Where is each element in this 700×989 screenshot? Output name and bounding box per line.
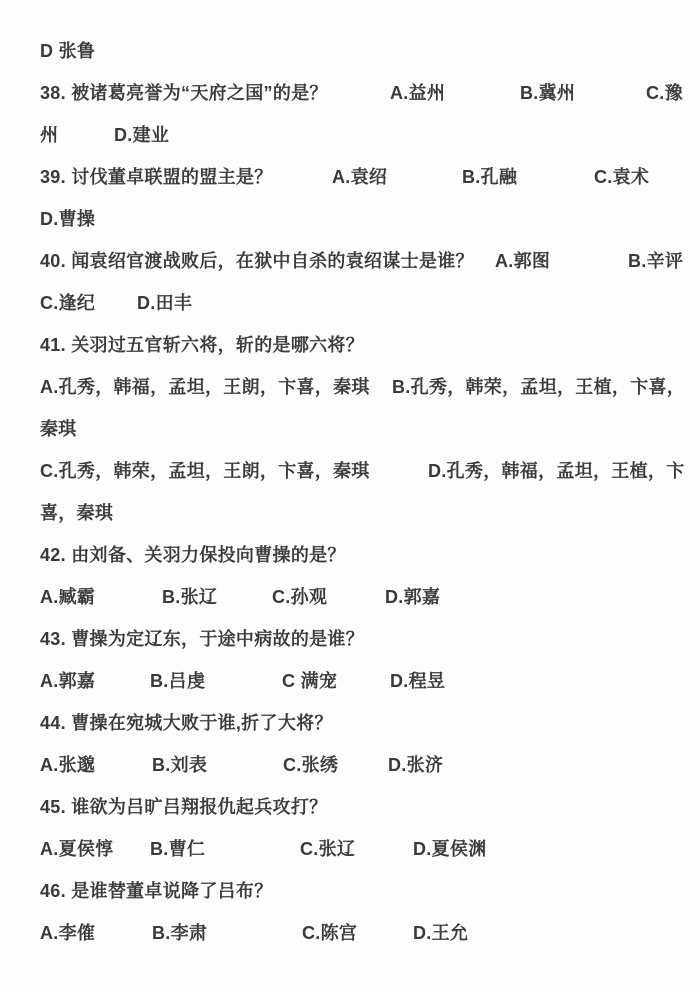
document-page: D 张鲁38. 被诸葛亮誉为“天府之国”的是？A.益州B.冀州C.豫州D.建业3… — [0, 0, 700, 989]
option-text: B.曹仁 — [150, 828, 205, 870]
text-fragment: 秦琪 — [40, 408, 77, 450]
option-text: C.袁术 — [594, 156, 649, 198]
text-line: C.逢纪D.田丰 — [40, 282, 700, 324]
option-text: C.孙观 — [272, 576, 327, 618]
option-text: D.田丰 — [137, 282, 192, 324]
option-text: B.冀州 — [520, 72, 575, 114]
option-text: C 满宠 — [282, 660, 337, 702]
option-text: C.陈宫 — [302, 912, 357, 954]
question-text: 40. 闻袁绍官渡战败后，在狱中自杀的袁绍谋士是谁？ — [40, 240, 474, 282]
option-text: C.孔秀，韩荣，孟坦，王朗，卞喜，秦琪 — [40, 450, 370, 492]
option-text: D 张鲁 — [40, 30, 95, 72]
option-text: C.张绣 — [283, 744, 338, 786]
text-line: D 张鲁 — [40, 30, 700, 72]
text-line: C.孔秀，韩荣，孟坦，王朗，卞喜，秦琪D.孔秀，韩福，孟坦，王植，卞 — [40, 450, 700, 492]
text-line: D.曹操 — [40, 198, 700, 240]
option-text: A.孔秀，韩福，孟坦，王朗，卞喜，秦琪 — [40, 366, 370, 408]
text-fragment: 州 — [40, 114, 58, 156]
text-line: 38. 被诸葛亮誉为“天府之国”的是？A.益州B.冀州C.豫 — [40, 72, 700, 114]
text-line: 42. 由刘备、关羽力保投向曹操的是？ — [40, 534, 700, 576]
text-line: 46. 是谁替董卓说降了吕布？ — [40, 870, 700, 912]
text-line: 43. 曹操为定辽东，于途中病故的是谁？ — [40, 618, 700, 660]
text-fragment: 喜，秦琪 — [40, 492, 113, 534]
text-line: 州D.建业 — [40, 114, 700, 156]
text-line: A.臧霸B.张辽C.孙观D.郭嘉 — [40, 576, 700, 618]
option-text: A.李傕 — [40, 912, 95, 954]
question-text: 41. 关羽过五官斩六将，斩的是哪六将？ — [40, 324, 364, 366]
option-text: D.夏侯渊 — [413, 828, 487, 870]
question-text: 39. 讨伐董卓联盟的盟主是？ — [40, 156, 273, 198]
text-line: 44. 曹操在宛城大败于谁,折了大将？ — [40, 702, 700, 744]
text-line: 秦琪 — [40, 408, 700, 450]
text-line: A.郭嘉B.吕虔C 满宠D.程昱 — [40, 660, 700, 702]
text-line: 45. 谁欲为吕旷吕翔报仇起兵攻打？ — [40, 786, 700, 828]
text-line: A.孔秀，韩福，孟坦，王朗，卞喜，秦琪B.孔秀，韩荣，孟坦，王植，卞喜， — [40, 366, 700, 408]
option-text: C.张辽 — [300, 828, 355, 870]
option-text: D.程昱 — [390, 660, 445, 702]
option-text: B.李肃 — [152, 912, 207, 954]
text-line: 41. 关羽过五官斩六将，斩的是哪六将？ — [40, 324, 700, 366]
option-text: C.逢纪 — [40, 282, 95, 324]
option-text: B.孔秀，韩荣，孟坦，王植，卞喜， — [392, 366, 685, 408]
option-text: A.益州 — [390, 72, 445, 114]
text-line: A.李傕B.李肃C.陈宫D.王允 — [40, 912, 700, 954]
text-line: 40. 闻袁绍官渡战败后，在狱中自杀的袁绍谋士是谁？A.郭图B.辛评 — [40, 240, 700, 282]
question-text: 46. 是谁替董卓说降了吕布？ — [40, 870, 273, 912]
option-text: D.王允 — [413, 912, 468, 954]
option-text: A.郭图 — [495, 240, 550, 282]
option-text: A.郭嘉 — [40, 660, 95, 702]
option-text: B.张辽 — [162, 576, 217, 618]
option-text: D.建业 — [114, 114, 169, 156]
text-line: 39. 讨伐董卓联盟的盟主是？A.袁绍B.孔融C.袁术 — [40, 156, 700, 198]
option-text: D.孔秀，韩福，孟坦，王植，卞 — [428, 450, 685, 492]
option-text: B.辛评 — [628, 240, 683, 282]
option-text: A.袁绍 — [332, 156, 387, 198]
text-line: A.张邈B.刘表C.张绣D.张济 — [40, 744, 700, 786]
text-line: A.夏侯惇B.曹仁C.张辽D.夏侯渊 — [40, 828, 700, 870]
option-text: B.刘表 — [152, 744, 207, 786]
question-text: 42. 由刘备、关羽力保投向曹操的是？ — [40, 534, 346, 576]
question-text: 45. 谁欲为吕旷吕翔报仇起兵攻打？ — [40, 786, 327, 828]
question-text: 38. 被诸葛亮誉为“天府之国”的是？ — [40, 72, 328, 114]
option-text: A.臧霸 — [40, 576, 95, 618]
option-text: B.孔融 — [462, 156, 517, 198]
text-line: 喜，秦琪 — [40, 492, 700, 534]
option-text: D.郭嘉 — [385, 576, 440, 618]
option-text: C.豫 — [646, 72, 683, 114]
question-text: 44. 曹操在宛城大败于谁,折了大将？ — [40, 702, 333, 744]
option-text: B.吕虔 — [150, 660, 205, 702]
question-text: 43. 曹操为定辽东，于途中病故的是谁？ — [40, 618, 364, 660]
option-text: D.张济 — [388, 744, 443, 786]
option-text: A.张邈 — [40, 744, 95, 786]
option-text: A.夏侯惇 — [40, 828, 114, 870]
option-text: D.曹操 — [40, 198, 95, 240]
